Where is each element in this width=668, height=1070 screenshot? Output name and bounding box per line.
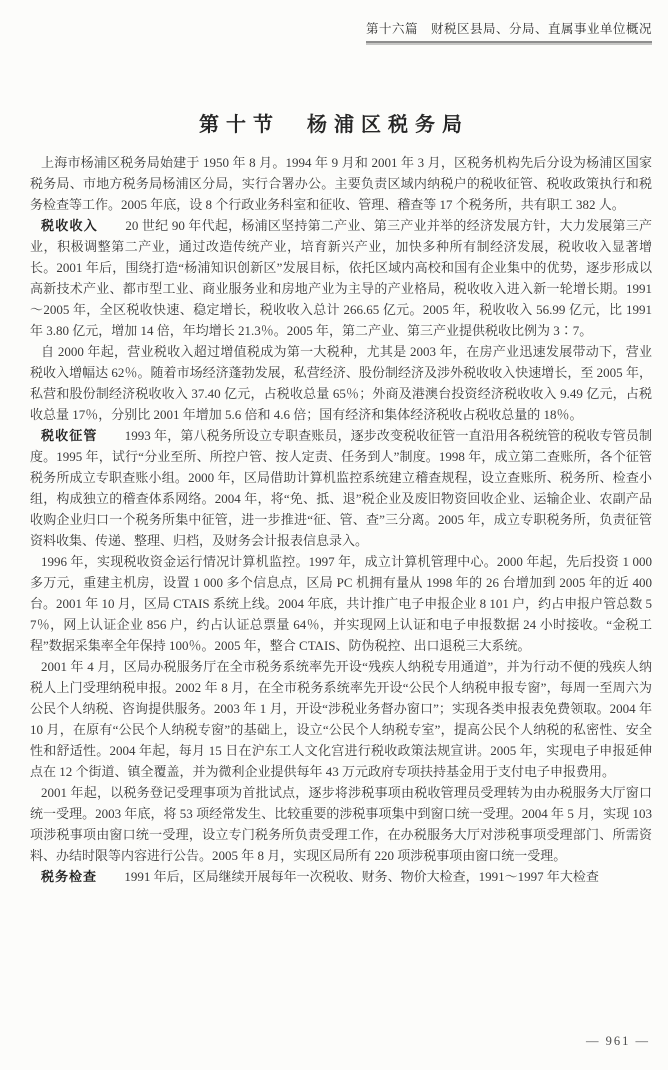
body-paragraph: 税收征管1993 年，第八税务所设立专职查账员，逐步改变税收征管一直沿用各税统管… — [30, 425, 652, 551]
running-header: 第十六篇 财税区县局、分局、直属事业单位概况 — [366, 19, 652, 43]
running-header-text: 第十六篇 财税区县局、分局、直属事业单位概况 — [366, 22, 652, 36]
body-text-column: 上海市杨浦区税务局始建于 1950 年 8 月。1994 年 9 月和 2001… — [30, 152, 652, 887]
body-paragraph: 税收收入20 世纪 90 年代起，杨浦区坚持第二产业、第三产业并举的经济发展方针… — [30, 215, 652, 341]
section-label: 税收收入 — [41, 218, 98, 233]
body-paragraph: 1996 年，实现税收资金运行情况计算机监控。1997 年，成立计算机管理中心。… — [30, 551, 652, 656]
header-rule — [366, 41, 652, 43]
section-label: 税务检查 — [41, 869, 97, 884]
body-paragraph: 上海市杨浦区税务局始建于 1950 年 8 月。1994 年 9 月和 2001… — [30, 152, 652, 215]
body-paragraph: 税务检查1991 年后，区局继续开展每年一次税收、财务、物价大检查，1991～1… — [30, 866, 652, 887]
document-page: 第十六篇 财税区县局、分局、直属事业单位概况 第十节 杨浦区税务局 上海市杨浦区… — [0, 0, 668, 1070]
body-paragraph: 自 2000 年起，营业税收入超过增值税成为第一大税种，尤其是 2003 年，在… — [30, 341, 652, 425]
page-number: — 961 — — [586, 1034, 650, 1049]
section-label: 税收征管 — [41, 428, 97, 443]
body-paragraph: 2001 年 4 月，区局办税服务厅在全市税务系统率先开设“残疾人纳税专用通道”… — [30, 656, 652, 782]
body-paragraph: 2001 年起，以税务登记受理事项为首批试点，逐步将涉税事项由税收管理员受理转为… — [30, 782, 652, 866]
page-title: 第十节 杨浦区税务局 — [0, 108, 668, 137]
